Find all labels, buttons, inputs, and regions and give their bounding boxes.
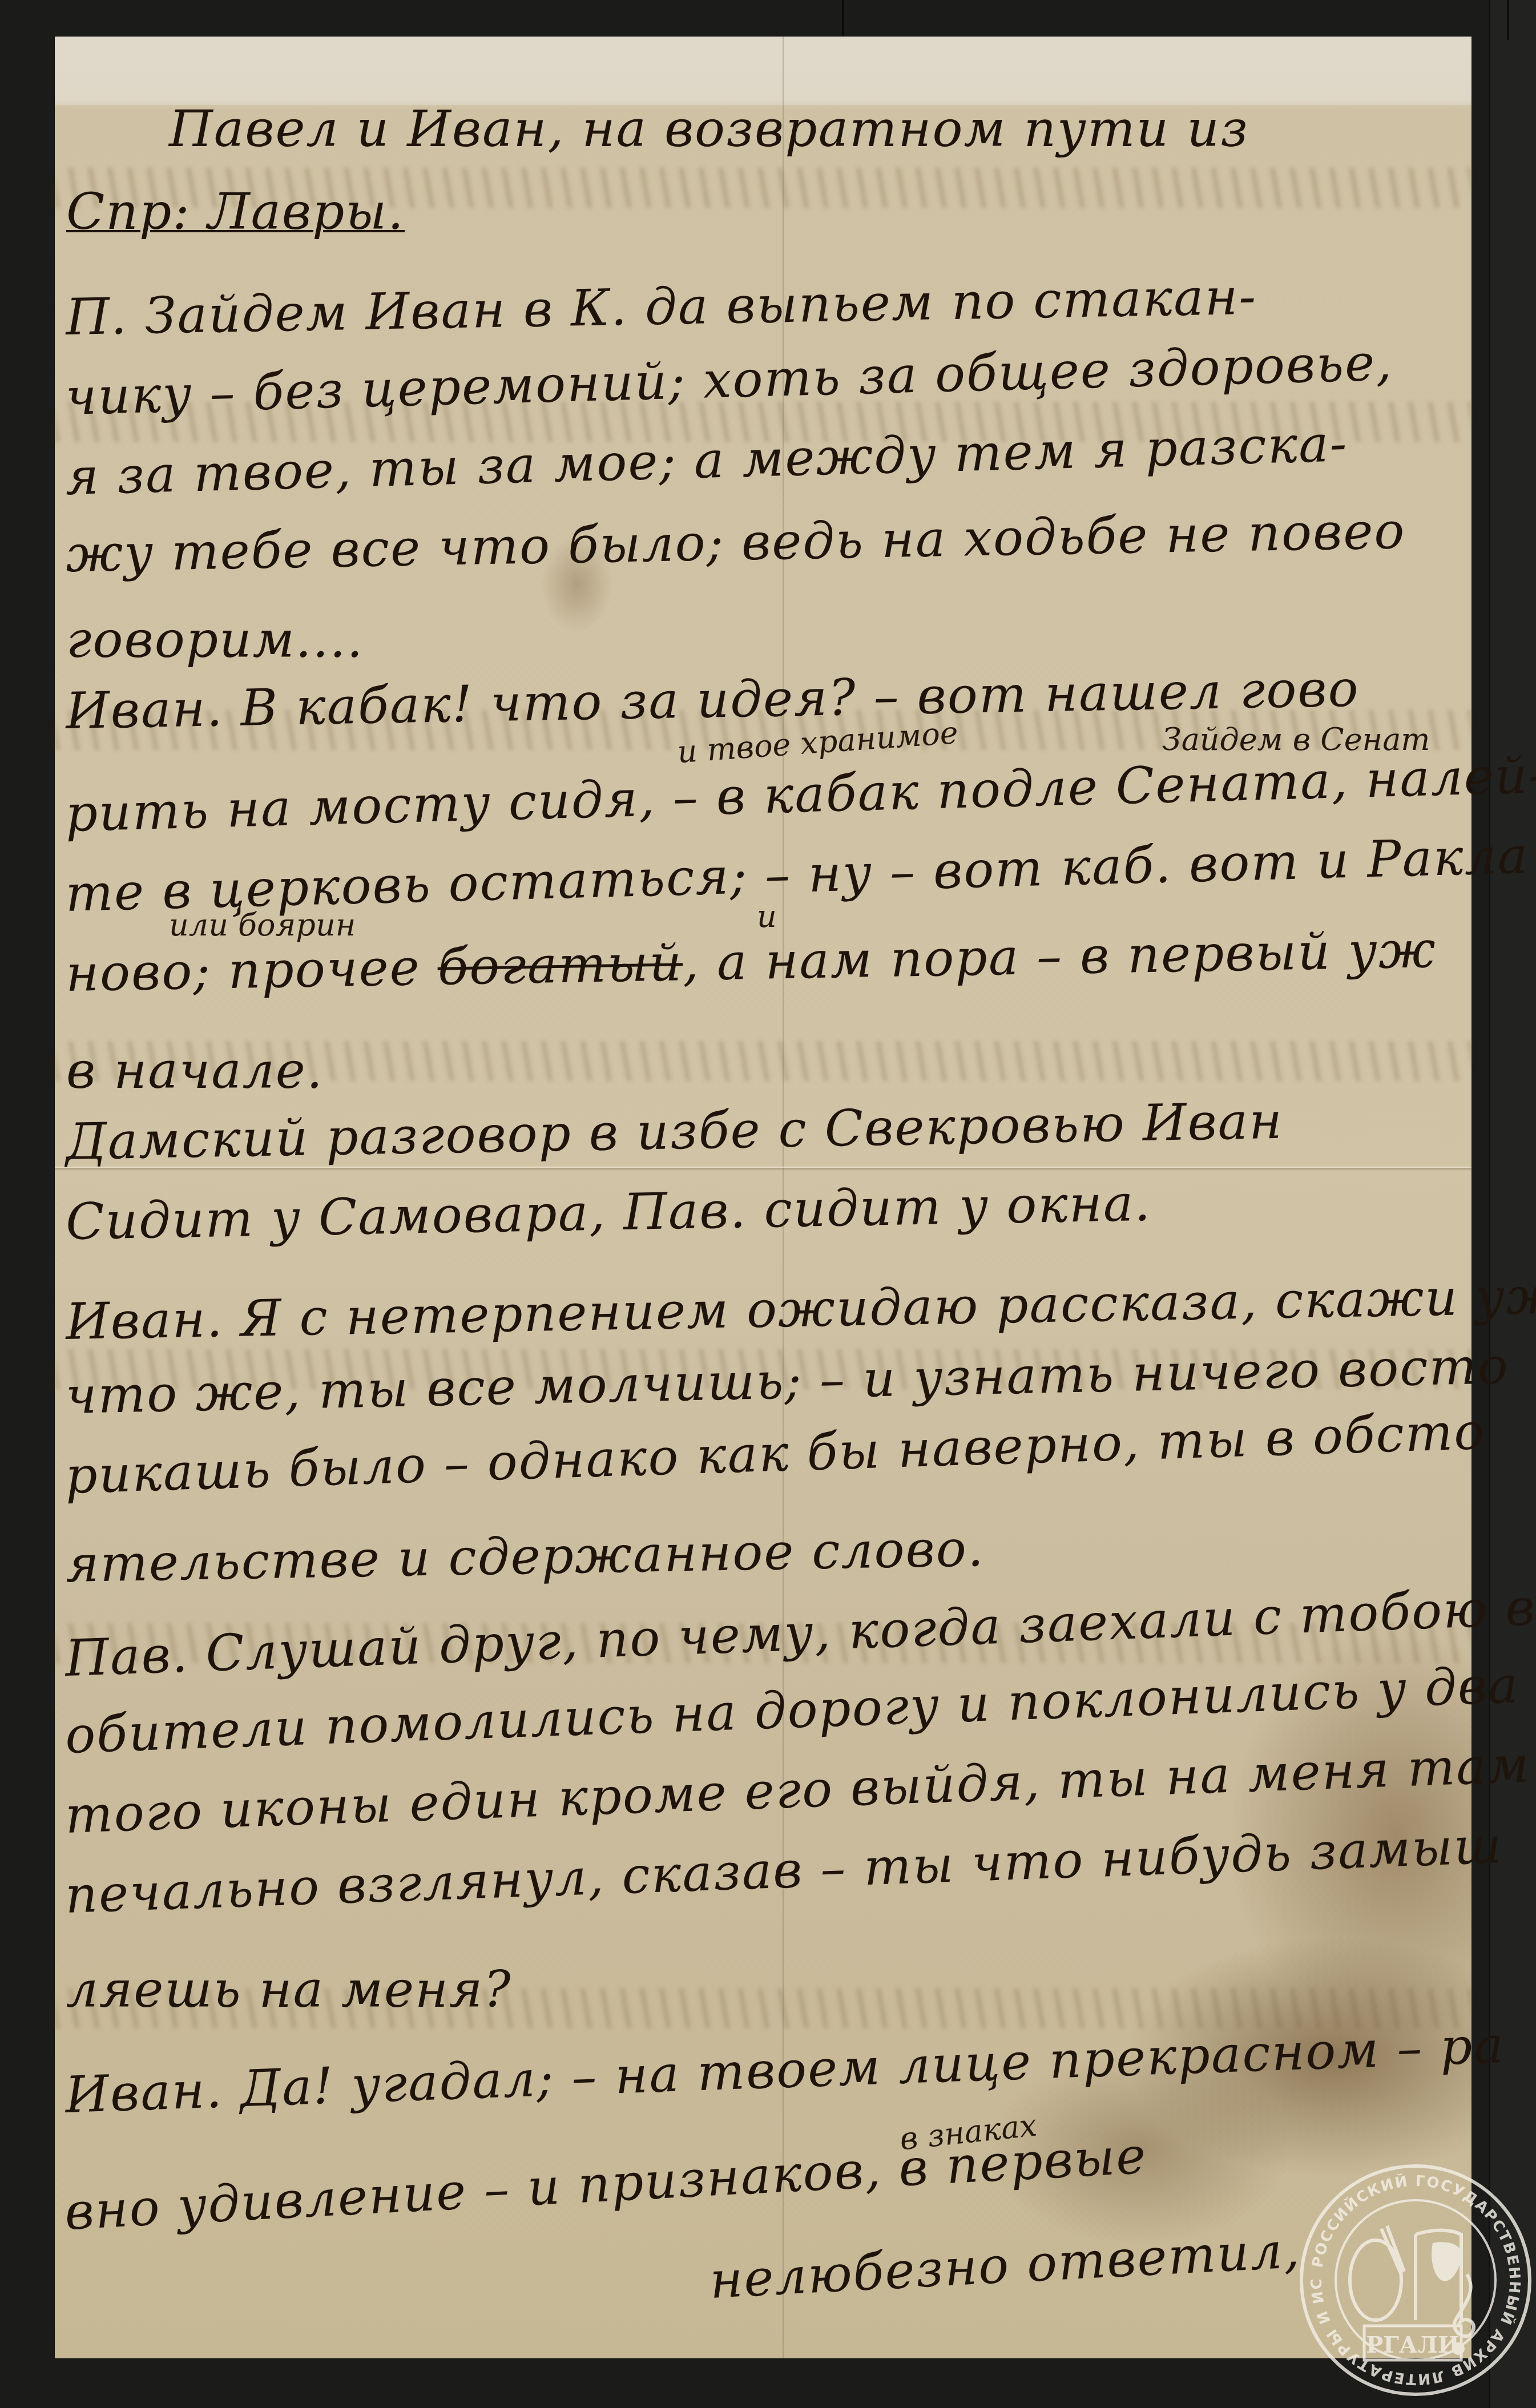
manuscript-line: Спр: Лавры. [66,182,405,241]
insertion-above-line: и [757,898,777,934]
manuscript-line: Иван. Да! угадал; – на твоем лице прекра… [64,2015,1505,2124]
manuscript-line: П. Зайдем Иван в К. да выпьем по стакан- [65,267,1257,346]
paper-top-band [55,37,1472,105]
stamp-label: РГАЛИ [1366,2332,1459,2358]
manuscript-line: в начале. [66,1041,324,1100]
mount-seam [842,0,844,40]
insertion-above-line: или боярин [169,907,356,943]
mount-seam [1507,0,1509,40]
manuscript-line: ляешь на меня? [66,1960,511,2019]
manuscript-line: Павел и Иван, на возвратном пути из [169,99,1249,158]
manuscript-line: ятельстве и сдержанное слово. [65,1519,985,1594]
manuscript-line: жу тебе все что было; ведь на ходьбе не … [65,501,1406,583]
manuscript-line: вно удивление – и признаков, в первые [63,2126,1148,2241]
theatre-mask-icon [1432,2242,1461,2281]
manuscript-line: Дамский разговор в избе с Свекровью Иван [65,1091,1284,1171]
struck-word: богатый [437,933,683,996]
manuscript-line: Иван. Я с нетерпением ожидаю рассказа, с… [65,1266,1536,1351]
manuscript-line: говорим.... [66,610,364,669]
manuscript-page: Павел и Иван, на возвратном пути из Спр:… [55,37,1472,2358]
manuscript-line: нелюбезно ответил, [708,2220,1302,2310]
archive-stamp: РОССИЙСКИЙ ГОСУДАРСТВЕННЫЙ АРХИВ ЛИТЕРАТ… [1296,2160,1535,2400]
manuscript-line: Сидит у Самовара, Пав. сидит у окна. [65,1173,1152,1251]
palette-icon [1350,2226,1404,2320]
